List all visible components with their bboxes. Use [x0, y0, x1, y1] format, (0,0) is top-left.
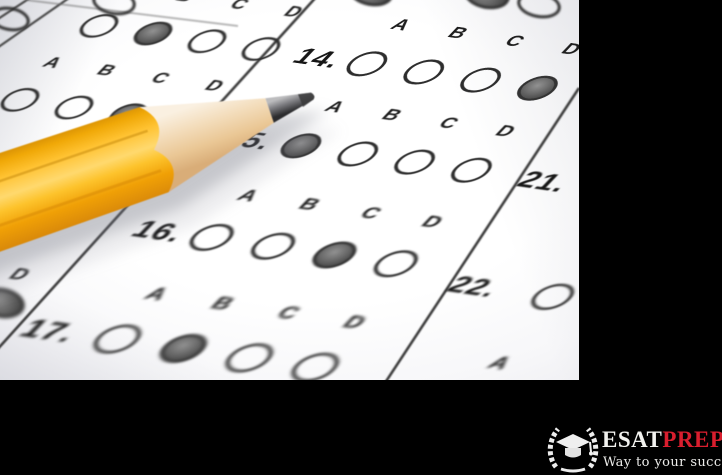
answer-sheet-photo: 14. A B C D 5. A B C D 16. A B C D 17. A…	[0, 0, 579, 380]
brand-tagline: Way to your success	[603, 455, 722, 470]
promo-image: { "background_color": "#000000", "photo"…	[0, 0, 722, 475]
graduation-cap-laurel-icon	[545, 422, 601, 474]
brand-part-esat: ESAT	[602, 427, 662, 452]
pencil	[0, 0, 579, 380]
brand-wordmark: ESATPREP	[602, 427, 722, 453]
brand-part-prep: PREP	[662, 427, 722, 452]
esatprep-logo: ESATPREP Way to your success	[545, 422, 722, 475]
